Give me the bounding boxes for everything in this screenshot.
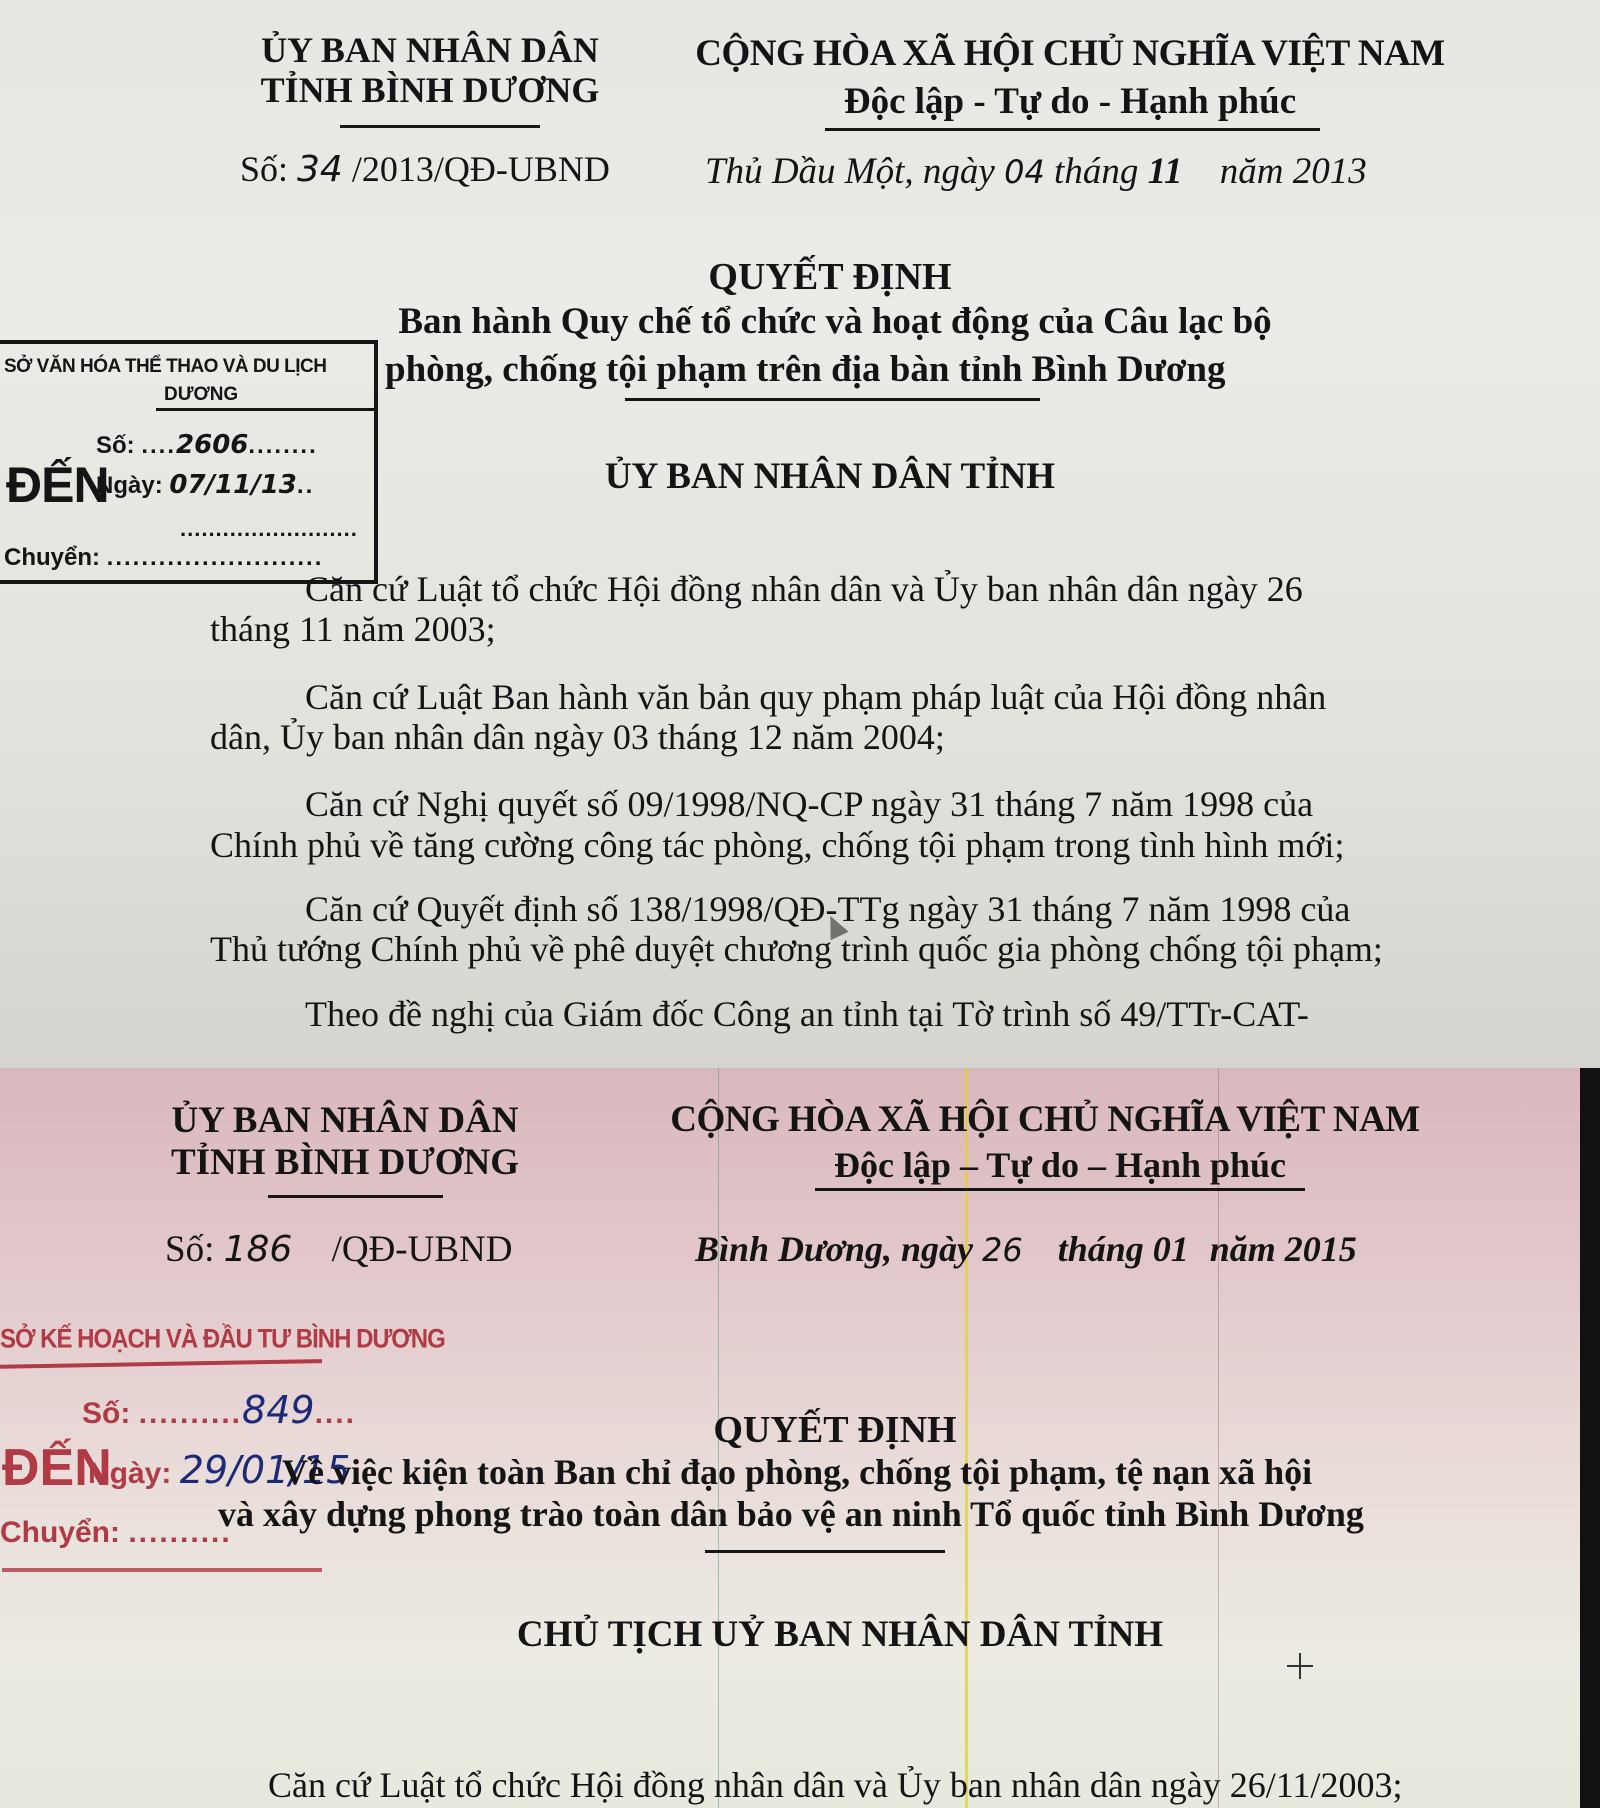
stamp-number-value: 2606 (176, 430, 248, 460)
paragraph-3-line-1: Căn cứ Nghị quyết số 09/1998/NQ-CP ngày … (305, 785, 1313, 823)
stamp-org-line-2: DƯƠNG (164, 384, 238, 406)
crosshair-cursor-icon (1287, 1653, 1313, 1679)
number-handwritten: 186 (224, 1229, 293, 1270)
date-day: 26 (982, 1231, 1023, 1269)
paragraph-2-line-1: Căn cứ Luật Ban hành văn bản quy phạm ph… (305, 678, 1326, 716)
document-type: QUYẾT ĐỊNH (530, 255, 1130, 299)
stamp-divider (0, 1359, 322, 1369)
issue-date: Thủ Dầu Một, ngày 04 tháng 11 năm 2013 (705, 150, 1367, 193)
date-month: 11 (1148, 151, 1183, 192)
stamp-number-label: Số: (82, 1397, 130, 1430)
decision-document-2015: ỦY BAN NHÂN DÂN TỈNH BÌNH DƯƠNG Số: 186 … (0, 1068, 1600, 1808)
date-month-label: tháng (1054, 151, 1138, 192)
stamp-date-label: Ngày: (88, 1457, 171, 1490)
stamp-bottom-line (2, 1568, 322, 1572)
number-prefix: Số: (240, 149, 288, 189)
document-number: Số: 186 /QĐ-UBND (165, 1228, 512, 1271)
paragraph-1-line-2: tháng 11 năm 2003; (210, 610, 496, 648)
authority-underline (268, 1195, 443, 1198)
motto-underline (825, 128, 1320, 131)
national-motto: Độc lập – Tự do – Hạnh phúc (800, 1144, 1320, 1186)
subject-line-2: phòng, chống tội phạm trên địa bàn tỉnh … (385, 348, 1226, 391)
date-place: Bình Dương, ngày (695, 1229, 973, 1269)
date-day: 04 (1004, 153, 1045, 191)
stamp-forward-label: Chuyển: (0, 1516, 120, 1549)
stamp-number-value: 849 (242, 1388, 315, 1432)
paragraph-5-line-1: Theo đề nghị của Giám đốc Công an tỉnh t… (305, 995, 1309, 1033)
stamp-forward-label: Chuyển: (4, 544, 100, 571)
subject-line-2: và xây dựng phong trào toàn dân bảo vệ a… (218, 1493, 1364, 1535)
document-type: QUYẾT ĐỊNH (535, 1408, 1135, 1452)
subject-underline (705, 1550, 945, 1553)
decision-document-2013: ỦY BAN NHÂN DÂN TỈNH BÌNH DƯƠNG Số: 34 /… (0, 0, 1600, 1068)
number-prefix: Số: (165, 1229, 214, 1270)
stamp-blank-line: ......................... (180, 516, 358, 542)
subject-underline (625, 398, 1040, 401)
document-number: Số: 34 /2013/QĐ-UBND (240, 148, 610, 190)
paragraph-3-line-2: Chính phủ về tăng cường công tác phòng, … (210, 826, 1344, 864)
stamp-org-line-1: SỞ KẾ HOẠCH VÀ ĐẦU TƯ BÌNH DƯƠNG (0, 1325, 445, 1356)
number-suffix: /2013/QĐ-UBND (352, 149, 610, 189)
paragraph-1-line-1: Căn cứ Luật tổ chức Hội đồng nhân dân và… (268, 1766, 1402, 1804)
issue-date: Bình Dương, ngày 26 tháng 01 năm 2015 (695, 1228, 1357, 1270)
subject-line-1: Ban hành Quy chế tổ chức và hoạt động củ… (340, 300, 1330, 343)
stamp-number-field: Số: ..........849.... (82, 1388, 356, 1432)
issuer-heading: CHỦ TỊCH UỶ BAN NHÂN DÂN TỈNH (470, 1613, 1210, 1656)
authority-line-2: TỈNH BÌNH DƯƠNG (250, 70, 610, 110)
number-handwritten: 34 (297, 149, 343, 190)
stamp-number-label: Số: (96, 432, 135, 459)
authority-line-1: ỦY BAN NHÂN DÂN (250, 30, 610, 70)
stamp-number-field: Số: ....2606........ (96, 430, 318, 460)
paragraph-4-line-2: Thủ tướng Chính phủ về phê duyệt chương … (210, 930, 1383, 968)
stamp-date-value: 07/11/13 (169, 470, 297, 500)
stamp-date-label: Ngày: (96, 472, 163, 499)
issuing-authority: ỦY BAN NHÂN DÂN TỈNH BÌNH DƯƠNG (160, 1100, 530, 1184)
stamp-org-line-1: SỞ VĂN HÓA THỂ THAO VÀ DU LỊCH (4, 356, 326, 378)
stamp-forward-field: Chuyển: ......................... (4, 544, 323, 572)
stamp-den-label: ĐẾN (6, 456, 109, 514)
authority-line-1: ỦY BAN NHÂN DÂN (160, 1100, 530, 1142)
authority-underline (340, 125, 540, 128)
national-title: CỘNG HÒA XÃ HỘI CHỦ NGHĨA VIỆT NAM (625, 1098, 1465, 1141)
paragraph-2-line-2: dân, Ủy ban nhân dân ngày 03 tháng 12 nă… (210, 718, 945, 756)
stamp-forward-field: Chuyển: .......... (0, 1516, 232, 1550)
received-stamp: SỞ VĂN HÓA THỂ THAO VÀ DU LỊCH DƯƠNG Số:… (0, 340, 378, 584)
date-place: Thủ Dầu Một, ngày (705, 151, 995, 192)
issuer-heading: ỦY BAN NHÂN DÂN TỈNH (550, 455, 1110, 498)
date-year: năm 2013 (1220, 151, 1367, 192)
screen-edge (1580, 1068, 1600, 1808)
issuing-authority: ỦY BAN NHÂN DÂN TỈNH BÌNH DƯƠNG (250, 30, 610, 110)
subject-line-1: Về việc kiện toàn Ban chỉ đạo phòng, chố… (282, 1451, 1312, 1493)
number-suffix: /QĐ-UBND (332, 1229, 513, 1270)
stamp-date-field: Ngày: 07/11/13.. (96, 470, 314, 500)
authority-line-2: TỈNH BÌNH DƯƠNG (160, 1142, 530, 1184)
motto-underline (815, 1188, 1305, 1191)
national-title: CỘNG HÒA XÃ HỘI CHỦ NGHĨA VIỆT NAM (670, 32, 1470, 75)
date-year: năm 2015 (1210, 1229, 1357, 1269)
date-month: tháng 01 (1058, 1229, 1189, 1269)
national-motto: Độc lập - Tự do - Hạnh phúc (770, 80, 1370, 123)
stamp-divider (156, 408, 374, 411)
paragraph-1-line-1: Căn cứ Luật tổ chức Hội đồng nhân dân và… (305, 570, 1303, 608)
